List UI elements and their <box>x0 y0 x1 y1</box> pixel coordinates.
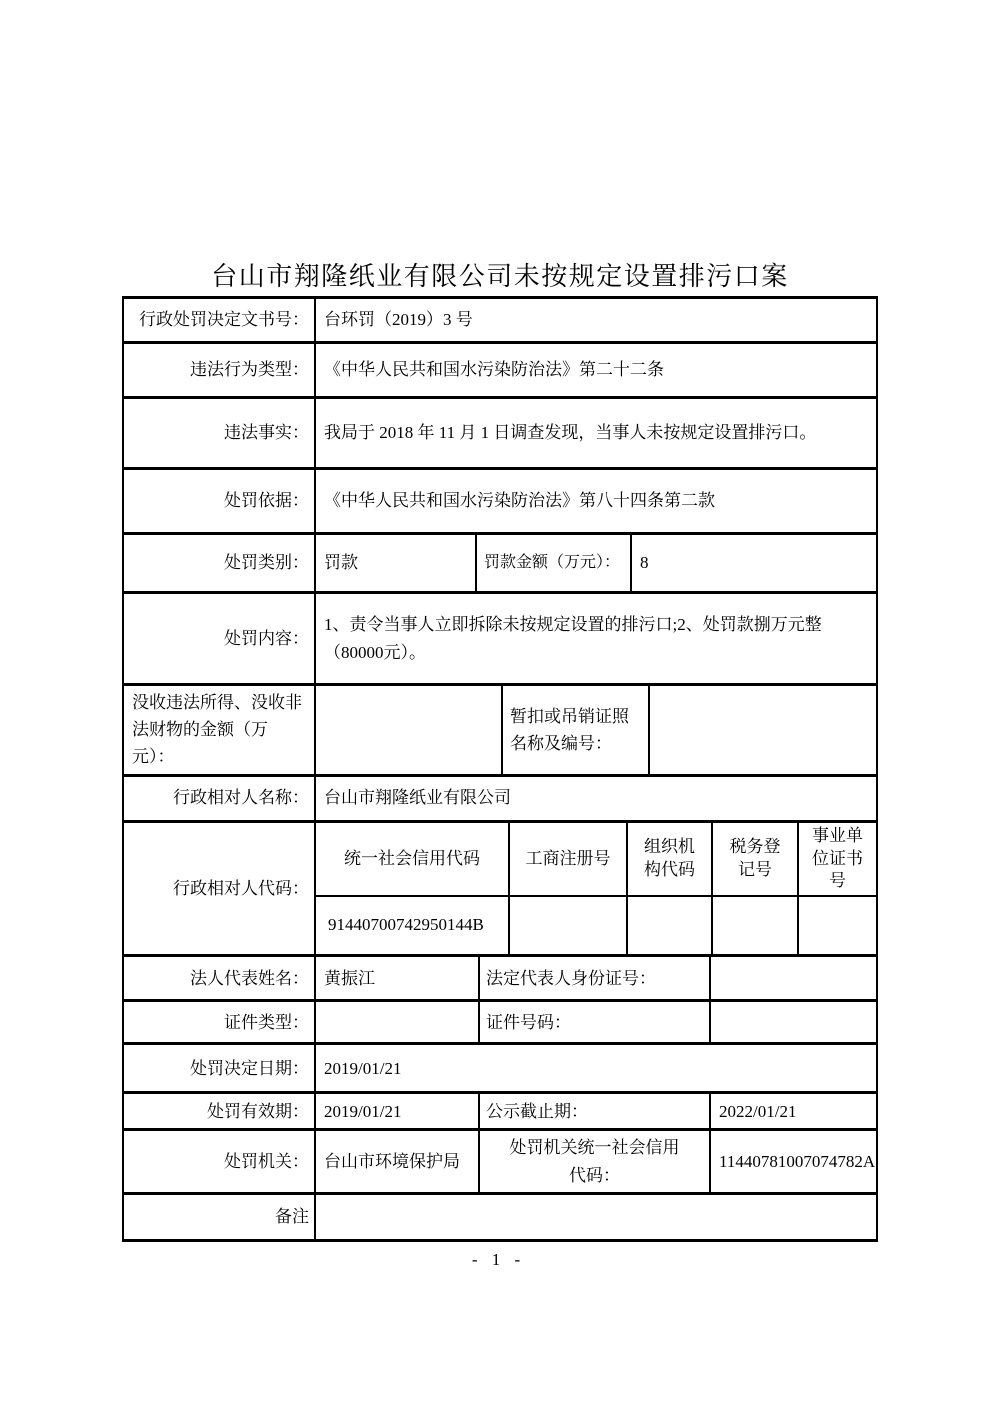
license-revocation-value <box>648 686 876 774</box>
penalty-basis-value: 《中华人民共和国水污染防治法》第八十四条第二款 <box>314 470 876 532</box>
row-remarks: 备注 <box>124 1192 876 1239</box>
cert-type-value <box>314 1002 478 1042</box>
violation-fact-value: 我局于 2018 年 11 月 1 日调查发现，当事人未按规定设置排污口。 <box>314 399 876 467</box>
fine-amount-value: 8 <box>630 535 876 591</box>
decision-date-label: 处罚决定日期： <box>124 1045 314 1091</box>
document-title: 台山市翔隆纸业有限公司未按规定设置排污口案 <box>122 256 878 293</box>
header-unified-credit-code: 统一社会信用代码 <box>316 823 508 896</box>
party-code-header-row: 统一社会信用代码 工商注册号 组织机构代码 税务登记号 事业单位证书号 <box>316 823 876 896</box>
row-doc-no: 行政处罚决定文书号： 台环罚（2019）3 号 <box>124 299 876 341</box>
license-revocation-label: 暂扣或吊销证照名称及编号： <box>501 686 648 774</box>
penalty-content-value: 1、责令当事人立即拆除未按规定设置的排污口;2、处罚款捌万元整（80000元）。 <box>314 594 876 683</box>
validity-value: 2019/01/21 <box>314 1094 478 1128</box>
doc-no-label: 行政处罚决定文书号： <box>124 299 314 341</box>
penalty-basis-label: 处罚依据： <box>124 470 314 532</box>
authority-credit-code-value: 11440781007074782A <box>709 1131 876 1191</box>
value-institution-cert-no <box>797 897 876 954</box>
remarks-label: 备注 <box>124 1195 314 1239</box>
authority-label: 处罚机关： <box>124 1131 314 1191</box>
row-penalty-content: 处罚内容： 1、责令当事人立即拆除未按规定设置的排污口;2、处罚款捌万元整（80… <box>124 591 876 683</box>
value-unified-credit-code: 91440700742950144B <box>316 897 508 954</box>
legal-rep-id-value <box>709 957 876 999</box>
publicity-deadline-label: 公示截止期： <box>478 1094 709 1128</box>
row-penalty-category: 处罚类别： 罚款 罚款金额（万元）： 8 <box>124 532 876 591</box>
decision-date-value: 2019/01/21 <box>314 1045 876 1091</box>
legal-rep-value: 黄振江 <box>314 957 478 999</box>
value-tax-reg-no <box>711 897 797 954</box>
violation-fact-label: 违法事实： <box>124 399 314 467</box>
row-penalty-basis: 处罚依据： 《中华人民共和国水污染防治法》第八十四条第二款 <box>124 467 876 532</box>
legal-rep-label: 法人代表姓名： <box>124 957 314 999</box>
penalty-category-label: 处罚类别： <box>124 535 314 591</box>
value-business-reg-no <box>508 897 626 954</box>
row-party-code: 行政相对人代码： 统一社会信用代码 工商注册号 组织机构代码 税务登记号 事业单… <box>124 820 876 955</box>
publicity-deadline-value: 2022/01/21 <box>709 1094 876 1128</box>
header-org-code: 组织机构代码 <box>626 823 711 896</box>
row-authority: 处罚机关： 台山市环境保护局 处罚机关统一社会信用代码： 11440781007… <box>124 1128 876 1191</box>
party-name-label: 行政相对人名称： <box>124 777 314 820</box>
authority-credit-code-label: 处罚机关统一社会信用代码： <box>478 1131 709 1191</box>
header-tax-reg-no: 税务登记号 <box>711 823 797 896</box>
remarks-value <box>314 1195 876 1239</box>
penalty-category-value: 罚款 <box>314 535 475 591</box>
party-code-value-row: 91440700742950144B <box>316 895 876 954</box>
party-code-label: 行政相对人代码： <box>124 823 314 955</box>
legal-rep-id-label: 法定代表人身份证号： <box>478 957 709 999</box>
header-business-reg-no: 工商注册号 <box>508 823 626 896</box>
doc-no-value: 台环罚（2019）3 号 <box>314 299 876 341</box>
row-validity: 处罚有效期： 2019/01/21 公示截止期： 2022/01/21 <box>124 1091 876 1128</box>
penalty-table: 行政处罚决定文书号： 台环罚（2019）3 号 违法行为类型： 《中华人民共和国… <box>122 296 878 1242</box>
row-confiscation: 没收违法所得、没收非法财物的金额（万元）： 暂扣或吊销证照名称及编号： <box>124 683 876 774</box>
confiscation-value <box>314 686 501 774</box>
row-party-name: 行政相对人名称： 台山市翔隆纸业有限公司 <box>124 774 876 820</box>
confiscation-label: 没收违法所得、没收非法财物的金额（万元）： <box>124 686 314 774</box>
document-page: 台山市翔隆纸业有限公司未按规定设置排污口案 行政处罚决定文书号： 台环罚（201… <box>0 0 992 1403</box>
row-cert-type: 证件类型： 证件号码： <box>124 999 876 1042</box>
cert-number-value <box>709 1002 876 1042</box>
row-legal-rep: 法人代表姓名： 黄振江 法定代表人身份证号： <box>124 954 876 999</box>
authority-value: 台山市环境保护局 <box>314 1131 478 1191</box>
cert-type-label: 证件类型： <box>124 1002 314 1042</box>
row-violation-type: 违法行为类型： 《中华人民共和国水污染防治法》第二十二条 <box>124 341 876 396</box>
violation-type-value: 《中华人民共和国水污染防治法》第二十二条 <box>314 344 876 396</box>
header-institution-cert-no: 事业单位证书号 <box>797 823 876 896</box>
page-number: - 1 - <box>0 1250 992 1270</box>
cert-number-label: 证件号码： <box>478 1002 709 1042</box>
fine-amount-label: 罚款金额（万元）： <box>475 535 630 591</box>
penalty-content-label: 处罚内容： <box>124 594 314 683</box>
validity-label: 处罚有效期： <box>124 1094 314 1128</box>
row-violation-fact: 违法事实： 我局于 2018 年 11 月 1 日调查发现，当事人未按规定设置排… <box>124 396 876 467</box>
party-name-value: 台山市翔隆纸业有限公司 <box>314 777 876 820</box>
party-code-subtable: 统一社会信用代码 工商注册号 组织机构代码 税务登记号 事业单位证书号 9144… <box>314 823 876 955</box>
violation-type-label: 违法行为类型： <box>124 344 314 396</box>
row-decision-date: 处罚决定日期： 2019/01/21 <box>124 1042 876 1091</box>
value-org-code <box>626 897 711 954</box>
